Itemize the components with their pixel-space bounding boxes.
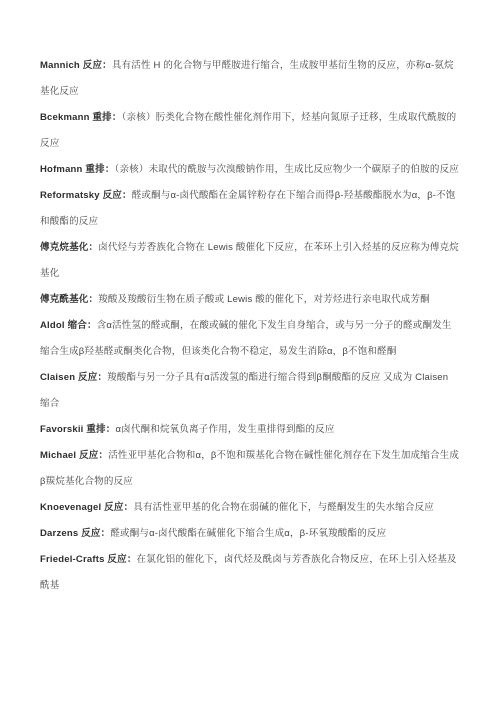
reaction-entry: Aldol 缩合：含α活性氢的醛或酮，在酸或碱的催化下发生自身缩合，或与另一分子… bbox=[40, 313, 460, 365]
reaction-entry: 傅克酰基化：羧酸及羧酸衍生物在质子酸或 Lewis 酸的催化下，对芳烃进行亲电取… bbox=[40, 287, 460, 313]
colon-separator: ： bbox=[97, 372, 107, 383]
reaction-entry: Favorskii 重排：α卤代酮和烷氧负离子作用，发生重排得到酯的反应 bbox=[40, 417, 460, 443]
colon-separator: ： bbox=[102, 60, 112, 71]
reaction-list: Mannich 反应：具有活性 H 的化合物与甲醛胺进行缩合，生成胺甲基衍生物的… bbox=[40, 53, 460, 599]
reaction-entry: Knoevenagel 反应：具有活性亚甲基的化合物在弱碱的催化下，与醛酮发生的… bbox=[40, 495, 460, 521]
reaction-term: Reformatsky 反应 bbox=[40, 190, 122, 201]
reaction-description: 醛或酮与α-卤代酸酯在碱催化下缩合生成α，β-环氧羧酸酯的反应 bbox=[110, 528, 386, 539]
reaction-entry: Friedel-Crafts 反应：在氯化铝的催化下，卤代烃及酰卤与芳香族化合物… bbox=[40, 547, 460, 599]
reaction-entry: Darzens 反应：醛或酮与α-卤代酸酯在碱催化下缩合生成α，β-环氧羧酸酯的… bbox=[40, 521, 460, 547]
reaction-term: Michael 反应 bbox=[40, 450, 99, 461]
reaction-entry: Michael 反应：活性亚甲基化合物和α，β不饱和羰基化合物在碱性催化剂存在下… bbox=[40, 443, 460, 495]
reaction-description: 羧酸及羧酸衍生物在质子酸或 Lewis 酸的催化下，对芳烃进行亲电取代成芳酮 bbox=[98, 294, 430, 305]
reaction-term: Mannich 反应 bbox=[40, 60, 102, 71]
reaction-term: Darzens 反应 bbox=[40, 528, 101, 539]
reaction-description: 含α活性氢的醛或酮，在酸或碱的催化下发生自身缩合，或与另一分子的醛或酮发生缩合生… bbox=[40, 320, 452, 357]
reaction-term: 傅克酰基化 bbox=[40, 294, 89, 305]
reaction-description: 具有活性亚甲基的化合物在弱碱的催化下，与醛酮发生的失水缩合反应 bbox=[133, 502, 434, 513]
colon-separator: ： bbox=[89, 242, 99, 253]
reaction-term: Favorskii 重排 bbox=[40, 424, 106, 435]
reaction-term: Aldol 缩合 bbox=[40, 320, 87, 331]
reaction-entry: Hofmann 重排：（亲核）未取代的酰胺与次溴酸钠作用，生成比反应物少一个碳原… bbox=[40, 157, 460, 183]
colon-separator: ： bbox=[122, 190, 132, 201]
reaction-term: Bcekmann 重排 bbox=[40, 112, 112, 123]
colon-separator: ： bbox=[112, 112, 122, 123]
reaction-entry: Reformatsky 反应：醛或酮与α-卤代酸酯在金属锌粉存在下缩合而得β-羟… bbox=[40, 183, 460, 235]
colon-separator: ： bbox=[124, 502, 134, 513]
reaction-description: α卤代酮和烷氧负离子作用，发生重排得到酯的反应 bbox=[115, 424, 334, 435]
reaction-description: （亲核）未取代的酰胺与次溴酸钠作用，生成比反应物少一个碳原子的伯胺的反应 bbox=[115, 164, 459, 175]
colon-separator: ： bbox=[106, 424, 116, 435]
colon-separator: ： bbox=[87, 320, 97, 331]
reaction-term: Hofmann 重排 bbox=[40, 164, 105, 175]
colon-separator: ： bbox=[99, 450, 109, 461]
colon-separator: ： bbox=[89, 294, 99, 305]
reaction-term: 傅克烷基化 bbox=[40, 242, 89, 253]
document-page: Mannich 反应：具有活性 H 的化合物与甲醛胺进行缩合，生成胺甲基衍生物的… bbox=[0, 0, 496, 702]
reaction-entry: Claisen 反应：羧酸酯与另一分子具有α活泼氢的酯进行缩合得到β酮酸酯的反应… bbox=[40, 365, 460, 417]
reaction-term: Claisen 反应 bbox=[40, 372, 97, 383]
reaction-entry: Mannich 反应：具有活性 H 的化合物与甲醛胺进行缩合，生成胺甲基衍生物的… bbox=[40, 53, 460, 105]
colon-separator: ： bbox=[127, 554, 137, 565]
reaction-description: 卤代烃与芳香族化合物在 Lewis 酸催化下反应，在苯环上引入烃基的反应称为傅克… bbox=[40, 242, 459, 279]
reaction-entry: 傅克烷基化：卤代烃与芳香族化合物在 Lewis 酸催化下反应，在苯环上引入烃基的… bbox=[40, 235, 460, 287]
reaction-term: Knoevenagel 反应 bbox=[40, 502, 124, 513]
reaction-term: Friedel-Crafts 反应 bbox=[40, 554, 127, 565]
reaction-entry: Bcekmann 重排：（亲核）肟类化合物在酸性催化剂作用下，烃基向氮原子迁移，… bbox=[40, 105, 460, 157]
colon-separator: ： bbox=[101, 528, 111, 539]
colon-separator: ： bbox=[105, 164, 115, 175]
